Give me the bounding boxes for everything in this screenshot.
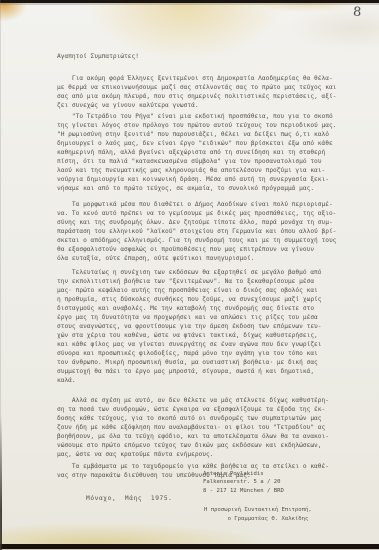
remittance-address-block: Antonis Povlakidis Falkenseerstr. 5 a / … xyxy=(203,470,284,495)
paragraph-4: Τελευταίως η συνέχιση των εκδόσεων θα εξ… xyxy=(57,268,322,385)
paragraph-5: Αλλά σε σχέση με αυτό, αν δεν θέλετε να … xyxy=(57,396,329,459)
paragraph-1: Για ακόμη φορά Έλληνες ξενιτεμένοι στη Δ… xyxy=(57,74,336,110)
handwritten-page-number: 8 xyxy=(352,5,361,21)
scan-left-edge-faint xyxy=(0,0,1,550)
closing-signature-block: Η προσωρινή Συντακτική Επιτροπή, ο Γραμμ… xyxy=(204,506,312,523)
paragraph-2: "Το Τετράδιο του Ρήγα" είναι μια εκδοτικ… xyxy=(57,112,336,193)
date-place-line: Μόναχο, Μάης 1975. xyxy=(86,494,173,503)
salutation: Αγαπητοί Συμπατριώτες! xyxy=(57,52,139,61)
paragraph-3: Τα μορφωτικά μέσα που διαθέτει ο Δήμος Λ… xyxy=(57,200,336,263)
scan-top-edge-shadow xyxy=(0,3,379,5)
paragraph-6: Τα εμβάσματα με το ταχυδρομείο για κάθε … xyxy=(57,462,329,480)
scanned-letter-page: 8 Αγαπητοί Συμπατριώτες! Για ακόμη φορά … xyxy=(0,0,379,550)
